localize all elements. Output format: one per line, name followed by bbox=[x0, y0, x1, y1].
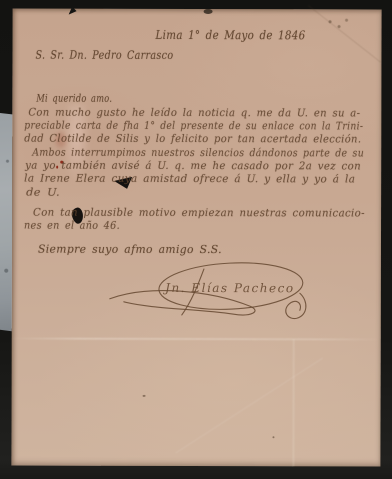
dateline: Lima 1° de Mayo de 1846 bbox=[156, 28, 306, 42]
body-line: dad Clotilde de Silis y lo felicito por … bbox=[24, 133, 361, 146]
closing-line: Siempre suyo afmo amigo S.S. bbox=[38, 243, 222, 256]
body-line: Con tan plausible motivo empiezan nuestr… bbox=[33, 207, 365, 220]
body-line: preciable carta de fha 1° del presente d… bbox=[24, 120, 363, 133]
top-edge-notch bbox=[204, 9, 213, 14]
vertical-fold-crease bbox=[292, 339, 294, 466]
signature-flourish: Jn. Elías Pacheco bbox=[100, 257, 330, 332]
body-line: ya yo también avisé á U. q. me he casado… bbox=[25, 160, 361, 173]
body-line: de U. bbox=[26, 187, 60, 199]
letter-photograph: Lima 1° de Mayo de 1846 S. Sr. Dn. Pedro… bbox=[0, 0, 392, 479]
signature-block: Jn. Elías Pacheco bbox=[100, 257, 330, 332]
top-edge-notch bbox=[69, 7, 77, 15]
horizontal-fold-crease bbox=[12, 338, 381, 341]
diagonal-crease bbox=[308, 5, 381, 63]
diagonal-crease bbox=[175, 358, 323, 454]
signature-name: Jn. Elías Pacheco bbox=[162, 281, 294, 295]
ink-speck bbox=[143, 395, 146, 397]
letter-paper: Lima 1° de Mayo de 1846 S. Sr. Dn. Pedro… bbox=[11, 9, 381, 467]
body-line: Ambos interrumpimos nuestros silencios d… bbox=[32, 147, 364, 160]
body-line: nes en el año 46. bbox=[24, 220, 120, 232]
addressee-line: S. Sr. Dn. Pedro Carrasco bbox=[35, 48, 173, 62]
faint-scribble-mark bbox=[323, 15, 353, 31]
body-line: Con mucho gusto he leído la noticia q. m… bbox=[28, 107, 360, 120]
salutation: Mi querido amo. bbox=[36, 93, 112, 105]
body-line: la Irene Elera cuya amistad ofrece á U. … bbox=[24, 173, 355, 186]
ink-speck bbox=[272, 436, 274, 438]
